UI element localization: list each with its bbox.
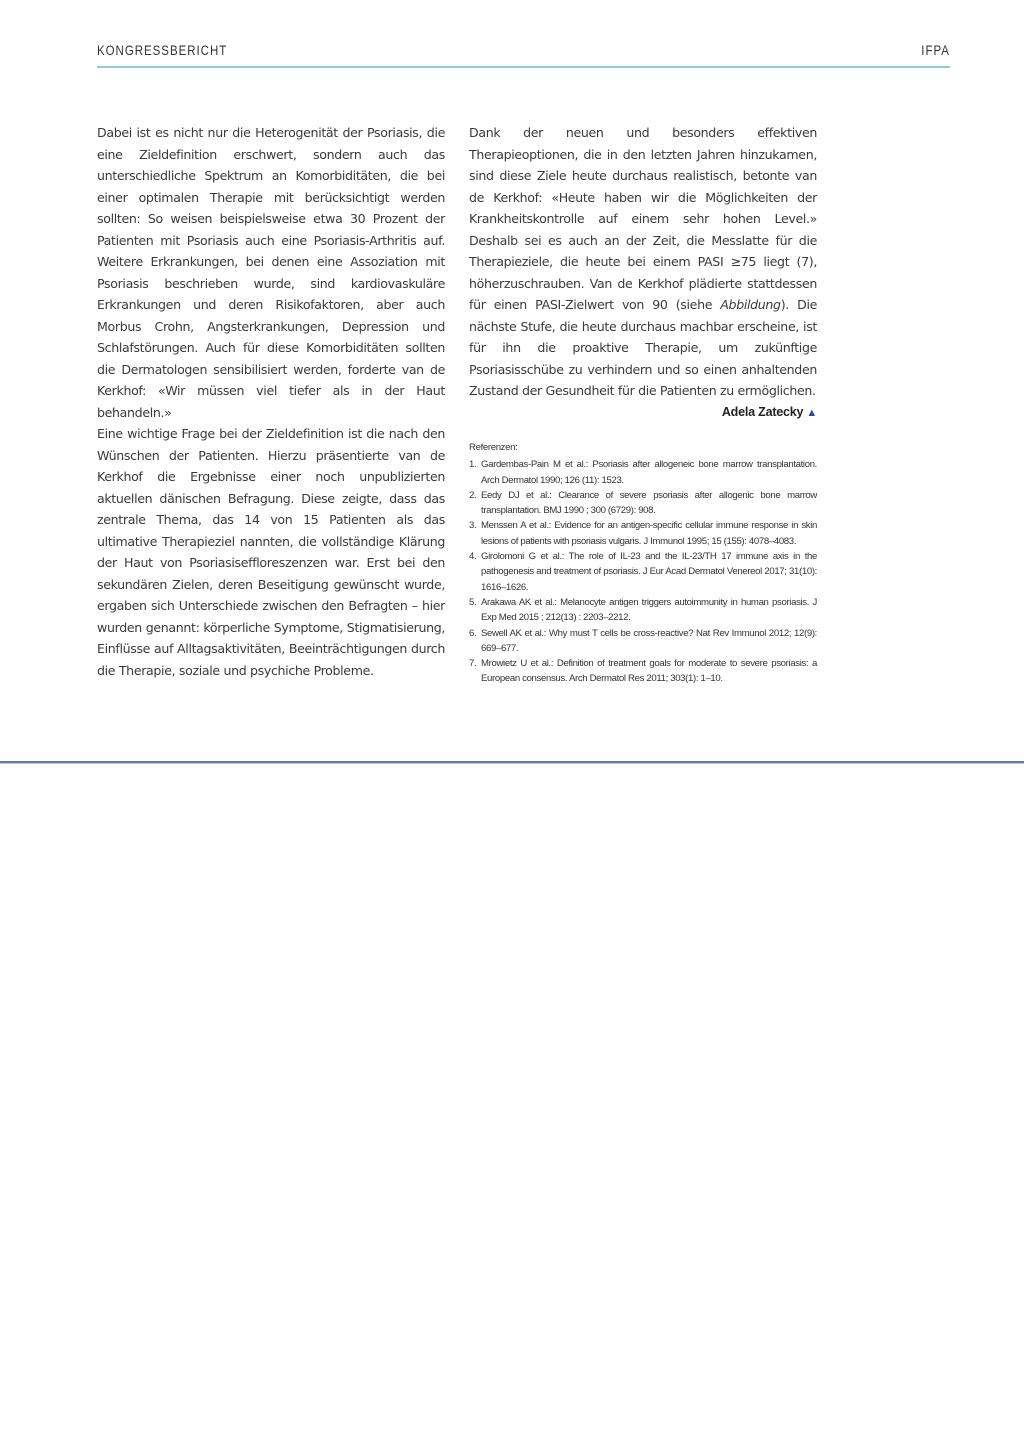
reference-text: Gardembas-Pain M et al.: Psoriasis after…	[481, 459, 817, 485]
reference-item: 5.Arakawa AK et al.: Melanocyte antigen …	[469, 595, 817, 626]
reference-number: 1.	[469, 457, 476, 472]
reference-item: 6.Sewell AK et al.: Why must T cells be …	[469, 626, 817, 657]
reference-text: Eedy DJ et al.: Clearance of severe psor…	[481, 490, 817, 516]
reference-item: 7.Mrowietz U et al.: Definition of treat…	[469, 656, 817, 687]
reference-text: Arakawa AK et al.: Melanocyte antigen tr…	[481, 597, 817, 623]
paragraph: Dank der neuen und besonders effektiven …	[469, 122, 817, 402]
reference-number: 4.	[469, 549, 476, 564]
bottom-divider	[0, 761, 1024, 764]
reference-number: 3.	[469, 518, 476, 533]
reference-item: 4.Girolomoni G et al.: The role of IL-23…	[469, 549, 817, 595]
article-column-left: Dabei ist es nicht nur die Heterogenität…	[97, 122, 445, 681]
reference-text: Sewell AK et al.: Why must T cells be cr…	[481, 628, 817, 654]
reference-text: Girolomoni G et al.: The role of IL-23 a…	[481, 551, 817, 593]
reference-text: Menssen A et al.: Evidence for an antige…	[481, 520, 817, 546]
references-list: 1.Gardembas-Pain M et al.: Psoriasis aft…	[469, 457, 817, 686]
paragraph: Eine wichtige Frage bei der Zieldefiniti…	[97, 423, 445, 681]
figure-reference: Abbildung	[720, 297, 780, 312]
reference-number: 7.	[469, 656, 476, 671]
reference-number: 2.	[469, 488, 476, 503]
article-column-right: Dank der neuen und besonders effektiven …	[469, 122, 817, 424]
publication-label: IFPA	[921, 42, 950, 58]
end-triangle-icon: ▲	[806, 407, 817, 419]
page-header: KONGRESSBERICHT IFPA	[97, 40, 950, 68]
reference-number: 6.	[469, 626, 476, 641]
author-name: Adela Zatecky	[722, 405, 803, 419]
paragraph: Dabei ist es nicht nur die Heterogenität…	[97, 122, 445, 423]
author-byline: Adela Zatecky▲	[722, 402, 817, 425]
section-label: KONGRESSBERICHT	[97, 42, 227, 58]
references-title: Referenzen:	[469, 440, 817, 455]
reference-text: Mrowietz U et al.: Definition of treatme…	[481, 658, 817, 684]
reference-item: 1.Gardembas-Pain M et al.: Psoriasis aft…	[469, 457, 817, 488]
reference-item: 2.Eedy DJ et al.: Clearance of severe ps…	[469, 488, 817, 519]
paragraph-text: Dank der neuen und besonders effektiven …	[469, 125, 817, 312]
reference-number: 5.	[469, 595, 476, 610]
reference-item: 3.Menssen A et al.: Evidence for an anti…	[469, 518, 817, 549]
references: Referenzen: 1.Gardembas-Pain M et al.: P…	[469, 440, 817, 687]
paragraph-text: ). Die nächste Stufe, die heute durchaus…	[469, 297, 817, 398]
